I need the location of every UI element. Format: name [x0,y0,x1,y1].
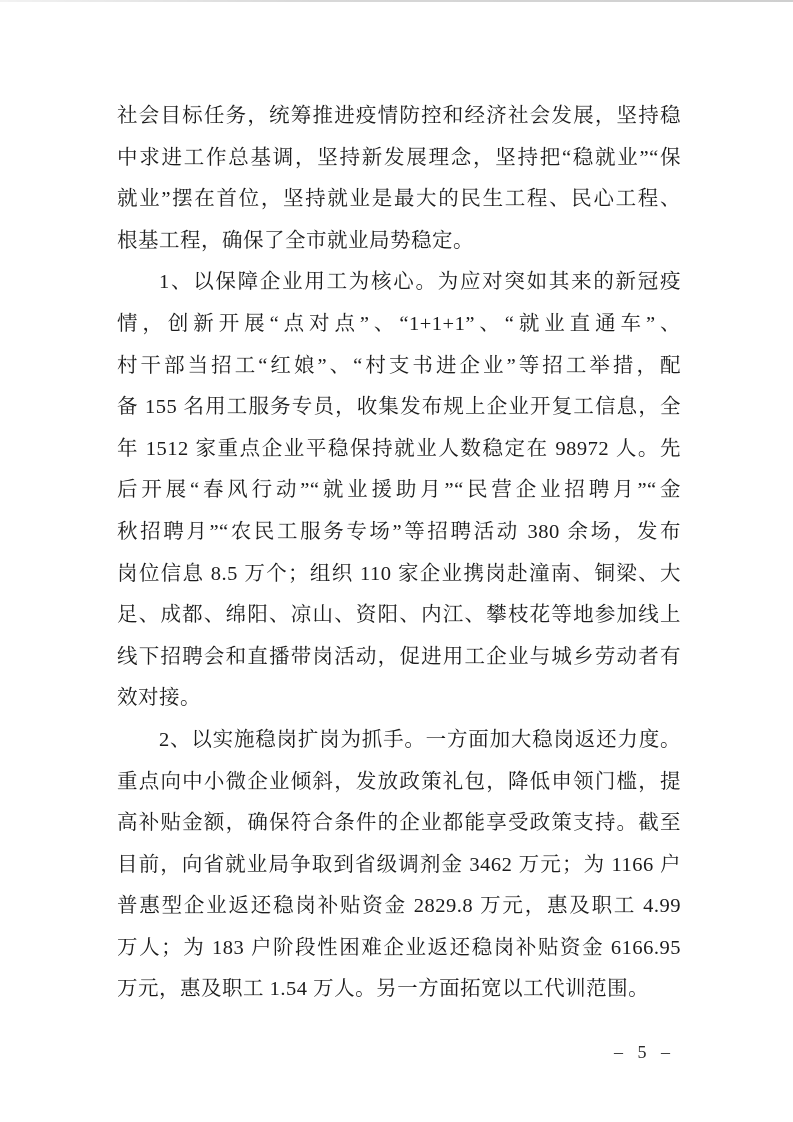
text-line: 社会目标任务，统筹推进疫情防控和经济社会发展，坚持稳 [117,96,681,138]
text-line: 秋招聘月”“农民工服务专场”等招聘活动 380 余场，发布 [117,512,681,554]
text-line: 高补贴金额，确保符合条件的企业都能享受政策支持。截至 [117,803,681,845]
text-line: 线下招聘会和直播带岗活动，促进用工企业与城乡劳动者有 [117,637,681,679]
text-line: 后开展“春风行动”“就业援助月”“民营企业招聘月”“金 [117,470,681,512]
text-line: 万人；为 183 户阶段性困难企业返还稳岗补贴资金 6166.95 [117,928,681,970]
paragraph: 1、以保障企业用工为核心。为应对突如其来的新冠疫情，创新开展“点对点”、“1+1… [117,262,681,720]
text-line: 目前，向省就业局争取到省级调剂金 3462 万元；为 1166 户 [117,845,681,887]
text-line: 足、成都、绵阳、凉山、资阳、内江、攀枝花等地参加线上 [117,595,681,637]
page-number: – 5 – [614,1041,675,1063]
text-line: 岗位信息 8.5 万个；组织 110 家企业携岗赴潼南、铜梁、大 [117,554,681,596]
text-line: 万元，惠及职工 1.54 万人。另一方面拓宽以工代训范围。 [117,969,681,1011]
text-line: 根基工程，确保了全市就业局势稳定。 [117,221,681,263]
text-line: 年 1512 家重点企业平稳保持就业人数稳定在 98972 人。先 [117,429,681,471]
scan-edge-line [0,0,793,2]
text-line: 1、以保障企业用工为核心。为应对突如其来的新冠疫 [117,262,681,304]
paragraph: 2、以实施稳岗扩岗为抓手。一方面加大稳岗返还力度。重点向中小微企业倾斜，发放政策… [117,720,681,1011]
text-line: 就业”摆在首位，坚持就业是最大的民生工程、民心工程、 [117,179,681,221]
text-line: 重点向中小微企业倾斜，发放政策礼包，降低申领门槛，提 [117,762,681,804]
text-line: 2、以实施稳岗扩岗为抓手。一方面加大稳岗返还力度。 [117,720,681,762]
scanned-document-page: { "page": { "background": "#ffffff", "te… [0,0,793,1122]
text-line: 普惠型企业返还稳岗补贴资金 2829.8 万元，惠及职工 4.99 [117,886,681,928]
text-line: 村干部当招工“红娘”、“村支书进企业”等招工举措，配 [117,346,681,388]
text-line: 备 155 名用工服务专员，收集发布规上企业开复工信息，全 [117,387,681,429]
paragraph: 社会目标任务，统筹推进疫情防控和经济社会发展，坚持稳中求进工作总基调，坚持新发展… [117,96,681,262]
document-body: 社会目标任务，统筹推进疫情防控和经济社会发展，坚持稳中求进工作总基调，坚持新发展… [117,96,681,1011]
text-line: 效对接。 [117,678,681,720]
text-line: 情，创新开展“点对点”、“1+1+1”、“就业直通车”、 [117,304,681,346]
text-line: 中求进工作总基调，坚持新发展理念，坚持把“稳就业”“保 [117,138,681,180]
